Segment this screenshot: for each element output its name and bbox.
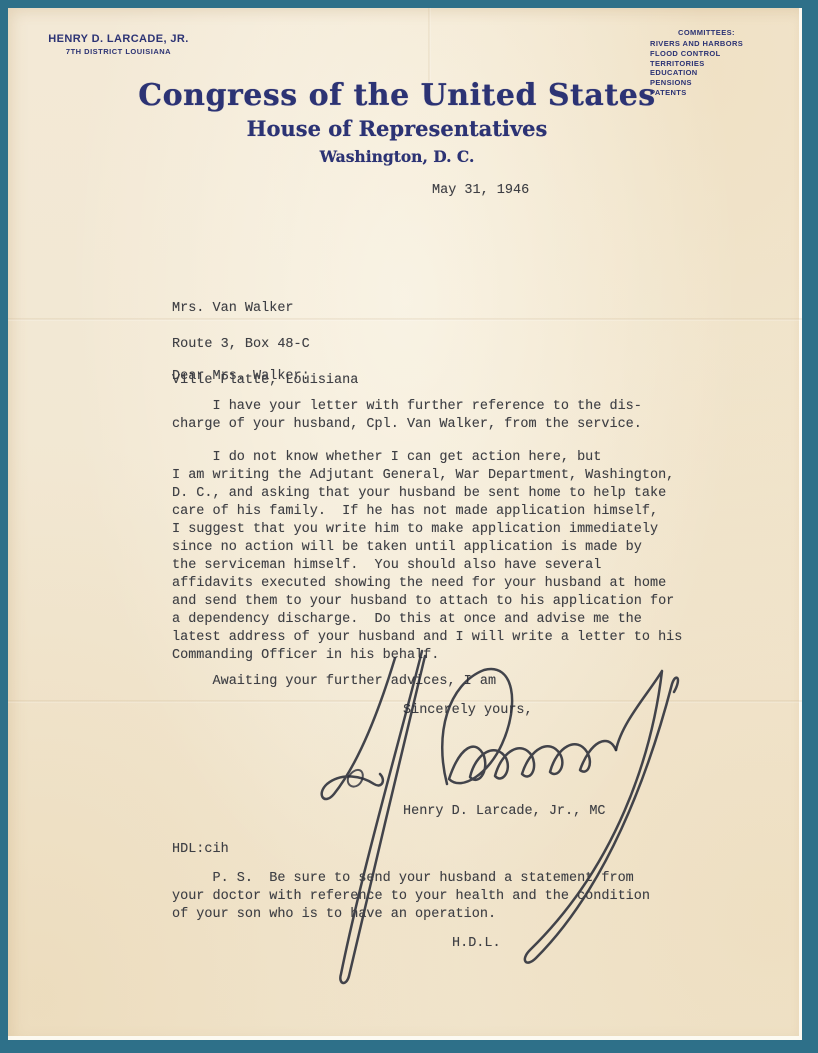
body-paragraph-2: I do not know whether I can get action h…: [172, 449, 682, 665]
letterhead-member-block: HENRY D. LARCADE, JR. 7TH DISTRICT LOUIS…: [36, 33, 201, 56]
salutation: Dear Mrs. Walker:: [172, 368, 310, 386]
member-name: HENRY D. LARCADE, JR.: [36, 33, 201, 45]
committee-item: EDUCATION: [650, 68, 800, 78]
postscript: P. S. Be sure to send your husband a sta…: [172, 870, 650, 924]
org-house: House of Representatives: [8, 116, 786, 141]
letter-date: May 31, 1946: [432, 182, 529, 200]
paper-fold-crease: [428, 8, 431, 82]
scanned-letter: HENRY D. LARCADE, JR. 7TH DISTRICT LOUIS…: [0, 0, 818, 1053]
member-district: 7TH DISTRICT LOUISIANA: [36, 47, 201, 56]
body-paragraph-1: I have your letter with further referenc…: [172, 398, 642, 434]
recipient-street: Route 3, Box 48-C: [172, 337, 310, 352]
postscript-initials: H.D.L.: [452, 935, 501, 953]
committee-item: TERRITORIES: [650, 59, 800, 69]
reference-initials: HDL:cih: [172, 841, 229, 859]
valediction: Sincerely yours,: [403, 702, 533, 720]
committees-title: COMMITTEES:: [678, 28, 800, 37]
org-city: Washington, D. C.: [8, 147, 786, 166]
typed-signature-name: Henry D. Larcade, Jr., MC: [403, 803, 606, 821]
org-congress: Congress of the United States: [8, 78, 786, 113]
letter-paper: HENRY D. LARCADE, JR. 7TH DISTRICT LOUIS…: [8, 8, 802, 1040]
committee-item: RIVERS AND HARBORS: [650, 39, 800, 49]
letterhead-org: Congress of the United States House of R…: [8, 78, 786, 166]
recipient-name: Mrs. Van Walker: [172, 301, 294, 316]
paper-fold-crease: [8, 318, 802, 321]
committee-item: FLOOD CONTROL: [650, 49, 800, 59]
closing-intro: Awaiting your further advices, I am: [172, 673, 496, 691]
